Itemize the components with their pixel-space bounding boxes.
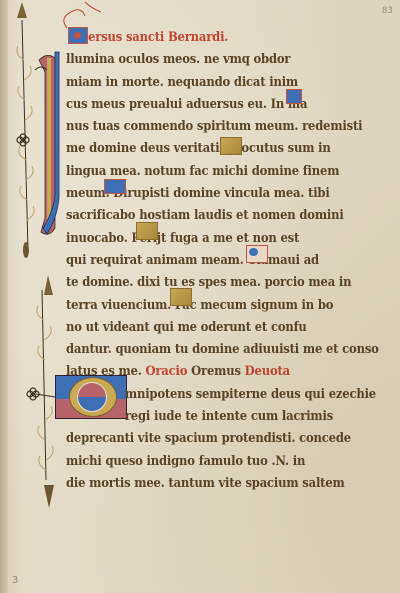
text-line: mnipotens sempiterne deus qui ezechie xyxy=(66,383,335,405)
text-line: sacrificabo hostiam laudis et nomen domi… xyxy=(66,204,335,226)
text-line: te domine. dixi tu es spes mea. porcio m… xyxy=(66,271,335,293)
rubric-deuota: Deuota xyxy=(245,363,290,378)
text-line: deprecanti vite spacium protendisti. con… xyxy=(66,427,335,449)
illuminated-initial-i xyxy=(33,48,63,243)
text-oremus: Oremus xyxy=(191,363,241,378)
small-initial-l xyxy=(220,137,242,155)
text-line: michi queso indigno famulo tuo .N. in xyxy=(66,450,335,472)
text-line: die mortis mee. tantum vite spacium salt… xyxy=(66,472,335,494)
text-line-rubric: latus es me. Oracio Oremus Deuota xyxy=(66,360,335,382)
small-initial-i xyxy=(286,89,302,104)
heading-rubric: ersus sancti Bernardi. xyxy=(88,29,228,44)
folio-number: 83 xyxy=(382,6,393,16)
text-line: me domine deus veritatis. Locutus sum in xyxy=(66,137,335,159)
small-initial-p xyxy=(136,222,158,240)
small-initial-d xyxy=(104,179,126,194)
text-block: ersus sancti Bernardi. llumina oculos me… xyxy=(66,26,358,494)
text-line: llumina oculos meos. ne vmq obdor xyxy=(66,48,335,70)
text-line: nus tuas commendo spiritum meum. redemis… xyxy=(66,115,335,137)
rubric-oracio: Oracio xyxy=(145,363,187,378)
small-initial-c xyxy=(246,245,268,263)
heading-line: ersus sancti Bernardi. xyxy=(66,26,335,48)
text-fragment: latus es me. xyxy=(66,363,142,378)
text-line: inuocabo. Perijt fuga a me et non est xyxy=(66,227,335,249)
text-line: regi iude te intente cum lacrimis xyxy=(66,405,335,427)
text-line: terra viuencium. Fac mecum signum in bo xyxy=(66,294,335,316)
small-initial-f xyxy=(170,288,192,306)
text-line: qui requirat animam meam. Clamaui ad xyxy=(66,249,335,271)
text-line: dantur. quoniam tu domine adiuuisti me e… xyxy=(66,338,335,360)
manuscript-page: 83 3 xyxy=(0,0,400,593)
text-line: no ut videant qui me oderunt et confu xyxy=(66,316,335,338)
